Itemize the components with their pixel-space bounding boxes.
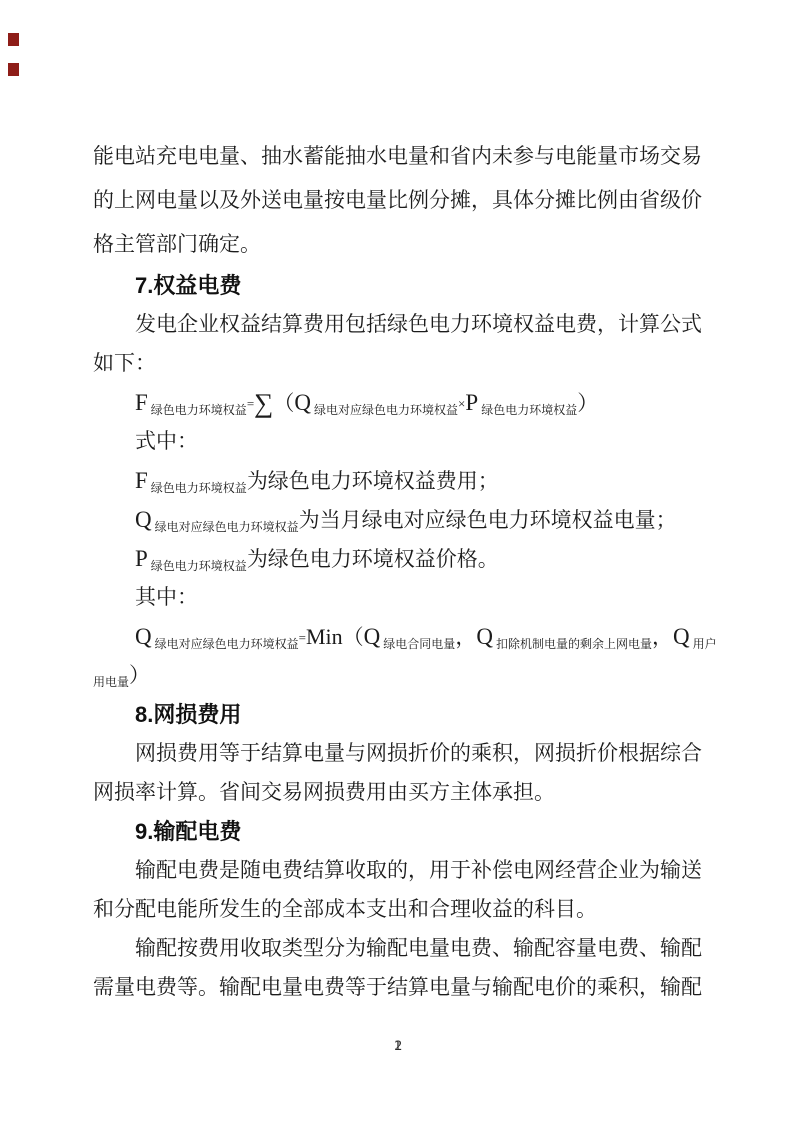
section-7-heading: 7.权益电费 <box>93 266 733 305</box>
paragraph-line: 输配电费是随电费结算收取的，用于补偿电网经营企业为输送 <box>93 851 733 890</box>
formula-symbol-Q: Q <box>476 624 493 649</box>
min-function: Min <box>306 624 343 649</box>
close-paren: ） <box>129 663 150 687</box>
sigma-symbol: ∑ <box>254 388 273 418</box>
paragraph-line: 网损率计算。省间交易网损费用由买方主体承担。 <box>93 773 733 812</box>
comma: ， <box>652 625 673 649</box>
paragraph-line: 如下： <box>93 344 733 383</box>
definition-P: P绿色电力环境权益为绿色电力环境权益价格。 <box>93 539 733 578</box>
formula-subscript: 用电量 <box>93 675 129 689</box>
formula-subscript: 扣除机制电量的剩余上网电量 <box>496 637 652 651</box>
paragraph-line: 格主管部门确定。 <box>93 222 733 266</box>
formula-symbol-Q: Q <box>135 624 152 649</box>
page-number: 12 <box>394 1038 395 1055</box>
paragraph-line: 网损费用等于结算电量与网损折价的乘积，网损折价根据综合 <box>93 734 733 773</box>
comma: ， <box>455 625 476 649</box>
definition-text: 为绿色电力环境权益价格。 <box>247 547 499 571</box>
where-label: 式中： <box>93 422 733 461</box>
formula-min-line2: 用电量） <box>93 656 733 695</box>
paragraph-line: 能电站充电电量、抽水蓄能抽水电量和省内未参与电能量市场交易 <box>93 134 733 178</box>
formula-symbol-Q: Q <box>673 624 690 649</box>
annotation-mark <box>8 33 19 46</box>
paragraph-line: 和分配电能所发生的全部成本支出和合理收益的科目。 <box>93 890 733 929</box>
formula-subscript: 绿电对应绿色电力环境权益 <box>155 520 299 534</box>
formula-subscript: 用户 <box>693 637 717 651</box>
formula-subscript: 绿电对应绿色电力环境权益 <box>155 637 299 651</box>
formula-green-power: F绿色电力环境权益=∑（Q绿电对应绿色电力环境权益×P绿色电力环境权益） <box>93 383 733 422</box>
annotation-mark <box>8 63 19 76</box>
formula-symbol-P: P <box>465 390 478 415</box>
open-paren: （ <box>343 625 364 649</box>
definition-text: 为绿色电力环境权益费用； <box>247 469 499 493</box>
formula-subscript: 绿色电力环境权益 <box>151 559 247 573</box>
among-label: 其中： <box>93 578 733 617</box>
formula-subscript: 绿色电力环境权益 <box>151 481 247 495</box>
formula-subscript: 绿电合同电量 <box>383 637 455 651</box>
paragraph-line: 输配按费用收取类型分为输配电量电费、输配容量电费、输配 <box>93 929 733 968</box>
paragraph-line: 需量电费等。输配电量电费等于结算电量与输配电价的乘积，输配 <box>93 968 733 1007</box>
formula-subscript: 绿电对应绿色电力环境权益 <box>314 403 458 417</box>
close-paren: ） <box>577 391 598 415</box>
formula-symbol-F: F <box>135 468 148 493</box>
section-9-heading: 9.输配电费 <box>93 812 733 851</box>
formula-symbol-Q: Q <box>135 507 152 532</box>
definition-F: F绿色电力环境权益为绿色电力环境权益费用； <box>93 461 733 500</box>
formula-symbol-Q: Q <box>364 624 381 649</box>
section-8-heading: 8.网损费用 <box>93 695 733 734</box>
formula-symbol-Q: Q <box>294 390 311 415</box>
paragraph-line: 发电企业权益结算费用包括绿色电力环境权益电费，计算公式 <box>93 305 733 344</box>
equals-sign: = <box>299 630 306 645</box>
paragraph-line: 的上网电量以及外送电量按电量比例分摊，具体分摊比例由省级价 <box>93 178 733 222</box>
formula-min-line1: Q绿电对应绿色电力环境权益=Min（Q绿电合同电量，Q扣除机制电量的剩余上网电量… <box>93 617 733 656</box>
formula-subscript: 绿色电力环境权益 <box>151 403 247 417</box>
definition-Q: Q绿电对应绿色电力环境权益为当月绿电对应绿色电力环境权益电量； <box>93 500 733 539</box>
formula-symbol-P: P <box>135 546 148 571</box>
definition-text: 为当月绿电对应绿色电力环境权益电量； <box>299 508 677 532</box>
document-page: 能电站充电电量、抽水蓄能抽水电量和省内未参与电能量市场交易 的上网电量以及外送电… <box>0 0 794 1123</box>
open-paren: （ <box>273 391 294 415</box>
page-content: 能电站充电电量、抽水蓄能抽水电量和省内未参与电能量市场交易 的上网电量以及外送电… <box>93 134 733 1007</box>
formula-subscript: 绿色电力环境权益 <box>481 403 577 417</box>
formula-symbol-F: F <box>135 390 148 415</box>
